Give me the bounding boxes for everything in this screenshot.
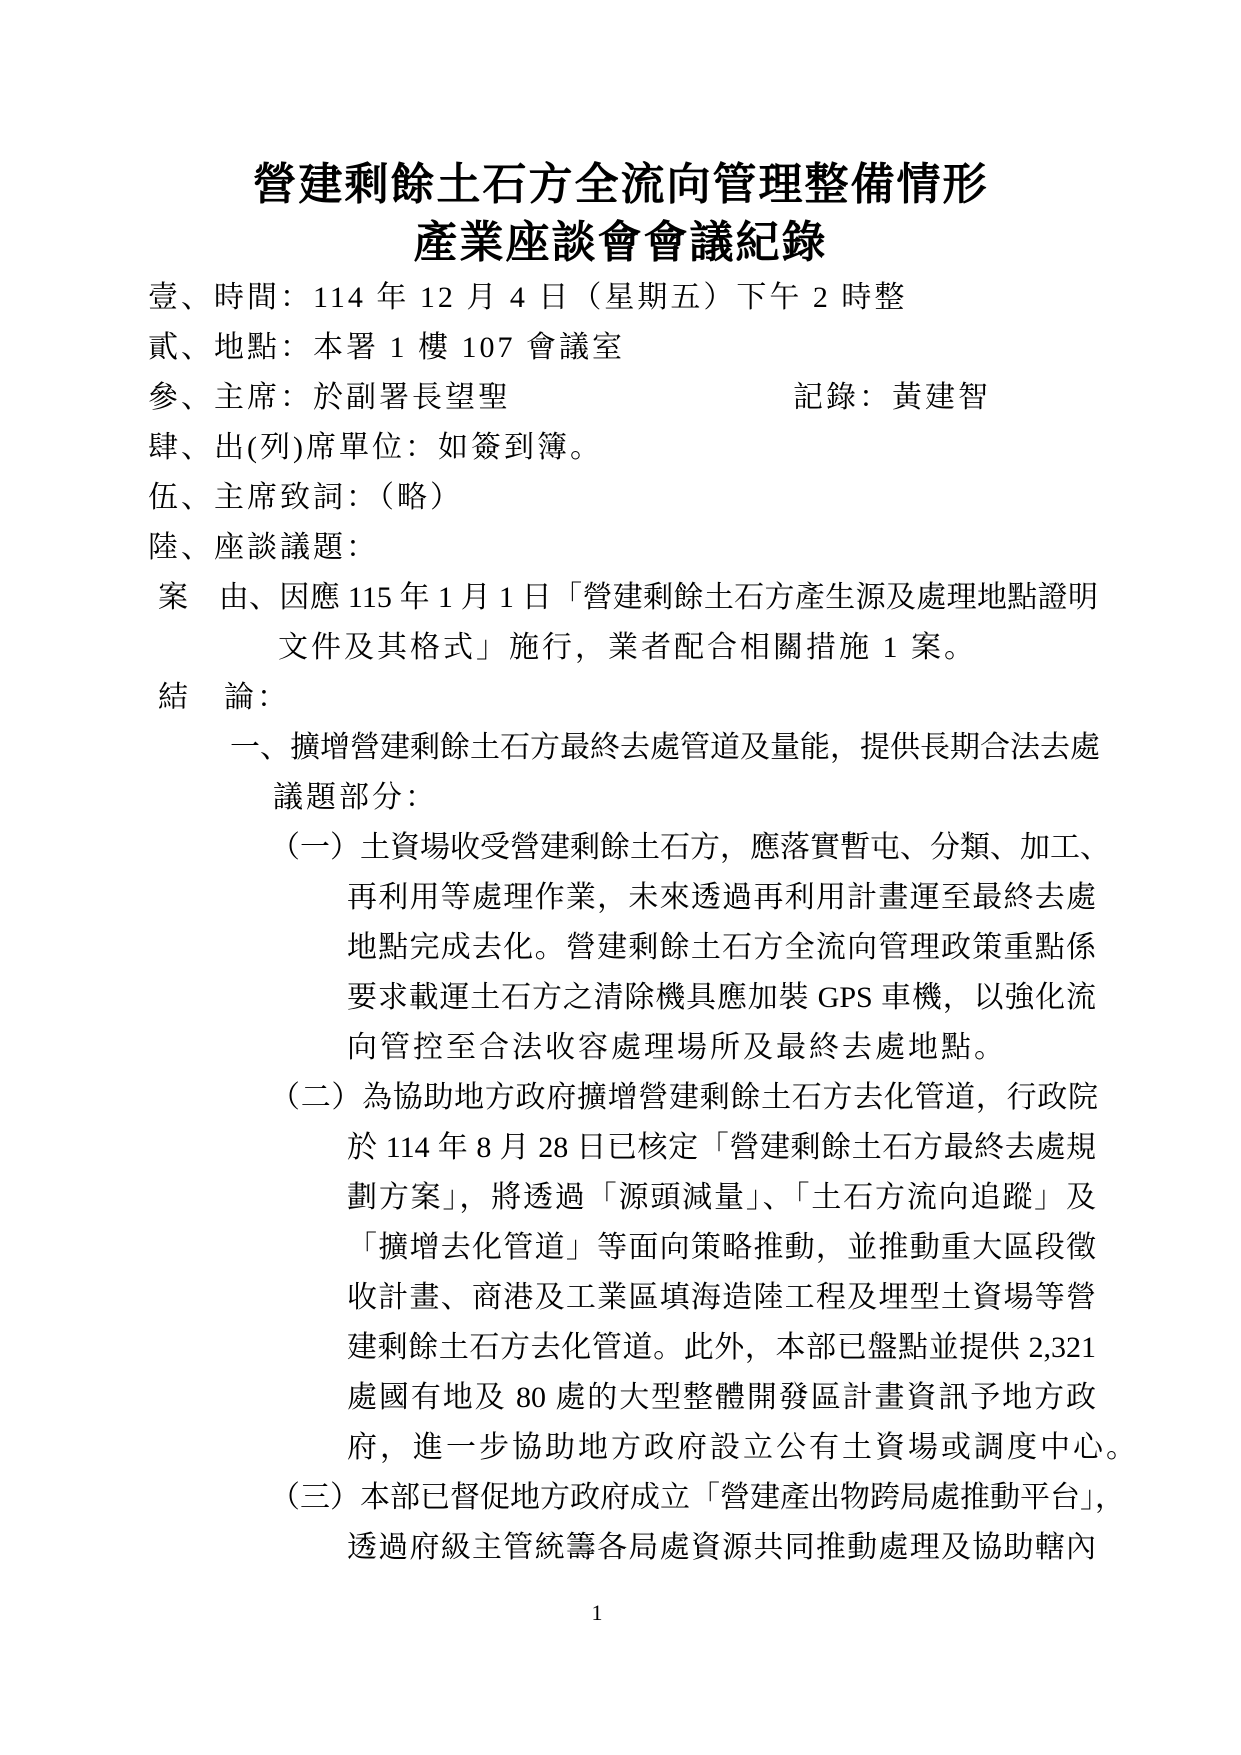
- doc-line: 收計畫、商港及工業區填海造陸工程及埋型土資場等營: [347, 1273, 1096, 1323]
- doc-line: 案 由、因應 115 年 1 月 1 日「營建剩餘土石方產生源及處理地點證明: [158, 573, 1098, 623]
- doc-line: 再利用等處理作業，未來透過再利用計畫運至最終去處: [347, 873, 1096, 923]
- doc-line: 伍、主席致詞：（略）: [148, 473, 463, 523]
- doc-line: 肆、出(列)席單位：如簽到簿。: [148, 423, 603, 473]
- doc-line: 處國有地及 80 處的大型整體開發區計畫資訊予地方政: [347, 1373, 1096, 1423]
- doc-line: （二）為協助地方政府擴增營建剩餘土石方去化管道，行政院: [270, 1073, 1098, 1123]
- doc-line: （一）土資場收受營建剩餘土石方，應落實暫屯、分類、加工、: [270, 823, 1098, 873]
- page-number: 1: [0, 1588, 1194, 1638]
- document-page: 營建剩餘土石方全流向管理整備情形 產業座談會會議紀錄 壹、時間：114 年 12…: [0, 0, 1241, 1755]
- doc-title-line2: 產業座談會會議紀錄: [0, 213, 1241, 273]
- doc-line: 地點完成去化。營建剩餘土石方全流向管理政策重點係: [347, 923, 1096, 973]
- doc-line: 參、主席：於副署長望聖: [148, 373, 511, 423]
- doc-line: 「擴增去化管道」等面向策略推動，並推動重大區段徵: [347, 1223, 1096, 1273]
- doc-line: 劃方案」，將透過「源頭減量」、「土石方流向追蹤」及: [347, 1173, 1096, 1223]
- doc-line: 一、擴增營建剩餘土石方最終去處管道及量能，提供長期合法去處: [230, 723, 1096, 773]
- recorder-field: 記錄：黃建智: [793, 373, 991, 423]
- doc-line: 向管控至合法收容處理場所及最終去處地點。: [347, 1023, 1007, 1073]
- doc-line: 結 論：: [158, 673, 290, 723]
- doc-line: 透過府級主管統籌各局處資源共同推動處理及協助轄內: [347, 1523, 1096, 1573]
- doc-line: 貳、地點：本署 1 樓 107 會議室: [148, 323, 625, 373]
- doc-title-line1: 營建剩餘土石方全流向管理整備情形: [0, 155, 1241, 215]
- doc-line: 於 114 年 8 月 28 日已核定「營建剩餘土石方最終去處規: [347, 1123, 1096, 1173]
- doc-line: 建剩餘土石方去化管道。此外，本部已盤點並提供 2,321: [347, 1323, 1096, 1373]
- doc-line: 壹、時間：114 年 12 月 4 日（星期五）下午 2 時整: [148, 273, 907, 323]
- doc-line: （三）本部已督促地方政府成立「營建產出物跨局處推動平台」，: [270, 1473, 1098, 1523]
- doc-line: 文件及其格式」施行，業者配合相關措施 1 案。: [278, 623, 977, 673]
- doc-line: 議題部分：: [273, 773, 438, 823]
- doc-line: 要求載運土石方之清除機具應加裝 GPS 車機，以強化流: [347, 973, 1096, 1023]
- doc-line: 陸、座談議題：: [148, 523, 379, 573]
- doc-line: 府，進一步協助地方政府設立公有土資場或調度中心。: [347, 1423, 1139, 1473]
